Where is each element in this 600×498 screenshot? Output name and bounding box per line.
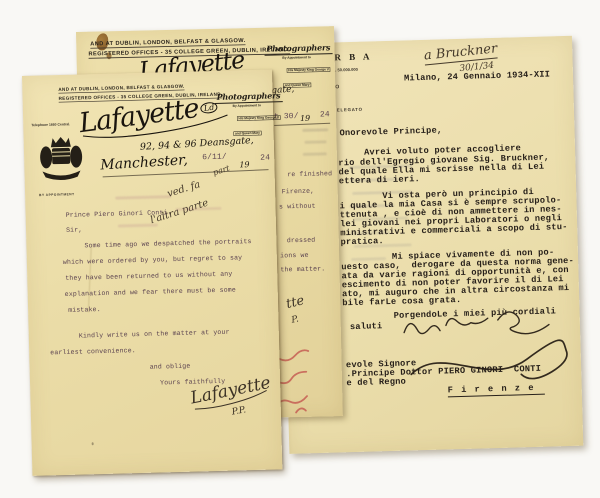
city-script: Manchester, (100, 152, 188, 173)
photograph-of-three-letters: R B A L. 50.000.000 O ELEGATO a Bruckner… (0, 0, 600, 498)
body-line: Some time ago we despatched the portrait… (84, 238, 251, 249)
letterhead-delegato-fragment: ELEGATO (337, 108, 363, 113)
body-line: explanation and we fear there must be so… (65, 286, 236, 297)
body-line: earliest convenience. (50, 347, 136, 356)
badge-line1: By Appointment to (281, 56, 313, 60)
closing-line: saluti (350, 321, 383, 332)
ghost-text-smudge (115, 195, 171, 199)
address-script: 92, 94 & 96 Deansgate, (140, 135, 254, 153)
typed-fragment: re finished (287, 170, 332, 178)
typed-fragment: the matter. (280, 265, 325, 273)
body-line: ettera di ieri. (339, 174, 420, 186)
address-line: e del Regno (346, 377, 406, 389)
year-typed: 24 (320, 110, 330, 119)
signature-initial: P. (291, 315, 300, 326)
salutation: Sir, (66, 226, 82, 233)
ghost-text-smudge (302, 128, 328, 131)
body-line: mistake. (68, 306, 101, 314)
annotation-line1: ved. fa (166, 179, 202, 200)
letterhead-name-fragment: R B A (334, 51, 372, 62)
letterhead-capital-fragment: L. 50.000.000 (333, 68, 358, 73)
date-rule (274, 123, 330, 126)
photographers-badge: Photographers By Appointment to His Maje… (214, 85, 279, 143)
typed-fragment: dressed (287, 237, 316, 245)
typed-fragment: Firenze, (282, 188, 315, 196)
year-typed: 24 (260, 154, 270, 163)
badge-line1: By Appointment to (231, 104, 263, 108)
royal-coat-of-arms (38, 134, 85, 191)
body-line: pratica. (340, 236, 384, 247)
letterhead-line3-fragment: O (335, 84, 339, 90)
badge-line2: His Majesty King George V (287, 67, 331, 72)
lafayette-manchester-letter-sheet: AND AT DUBLIN, LONDON, BELFAST & GLASGOW… (22, 69, 282, 475)
typed-fragment: s without (279, 203, 316, 211)
closing-oblige: and oblige (150, 363, 191, 371)
year-printed: 19 (300, 114, 310, 123)
ghost-text-smudge (118, 223, 158, 227)
year-printed: 19 (239, 160, 249, 169)
ghost-text-smudge (176, 207, 222, 211)
date-typed: 6/11/ (202, 153, 227, 163)
telephone-line: Telephone 1660 Central. (31, 123, 70, 128)
body-line: Kindly write us on the matter at your (79, 329, 230, 340)
letterhead-branches: AND AT DUBLIN, LONDON, BELFAST & GLASGOW… (58, 84, 184, 94)
signature-fragment: tte (285, 293, 306, 312)
ghost-text-smudge (305, 140, 327, 143)
badge-line2: His Majesty King George V (237, 115, 281, 121)
typed-fragment: ions we (280, 252, 309, 260)
salutation: Onorevole Principe, (339, 125, 442, 138)
annotation-line1b: part (212, 164, 231, 178)
ghost-text-smudge (303, 152, 327, 155)
badge-title: Photographers (214, 90, 282, 104)
signature-initials: P.P. (231, 405, 247, 417)
by-appointment-line: BY APPOINTMENT (39, 193, 74, 197)
badge-title: Photographers (264, 42, 332, 56)
dust-speck (92, 442, 94, 445)
